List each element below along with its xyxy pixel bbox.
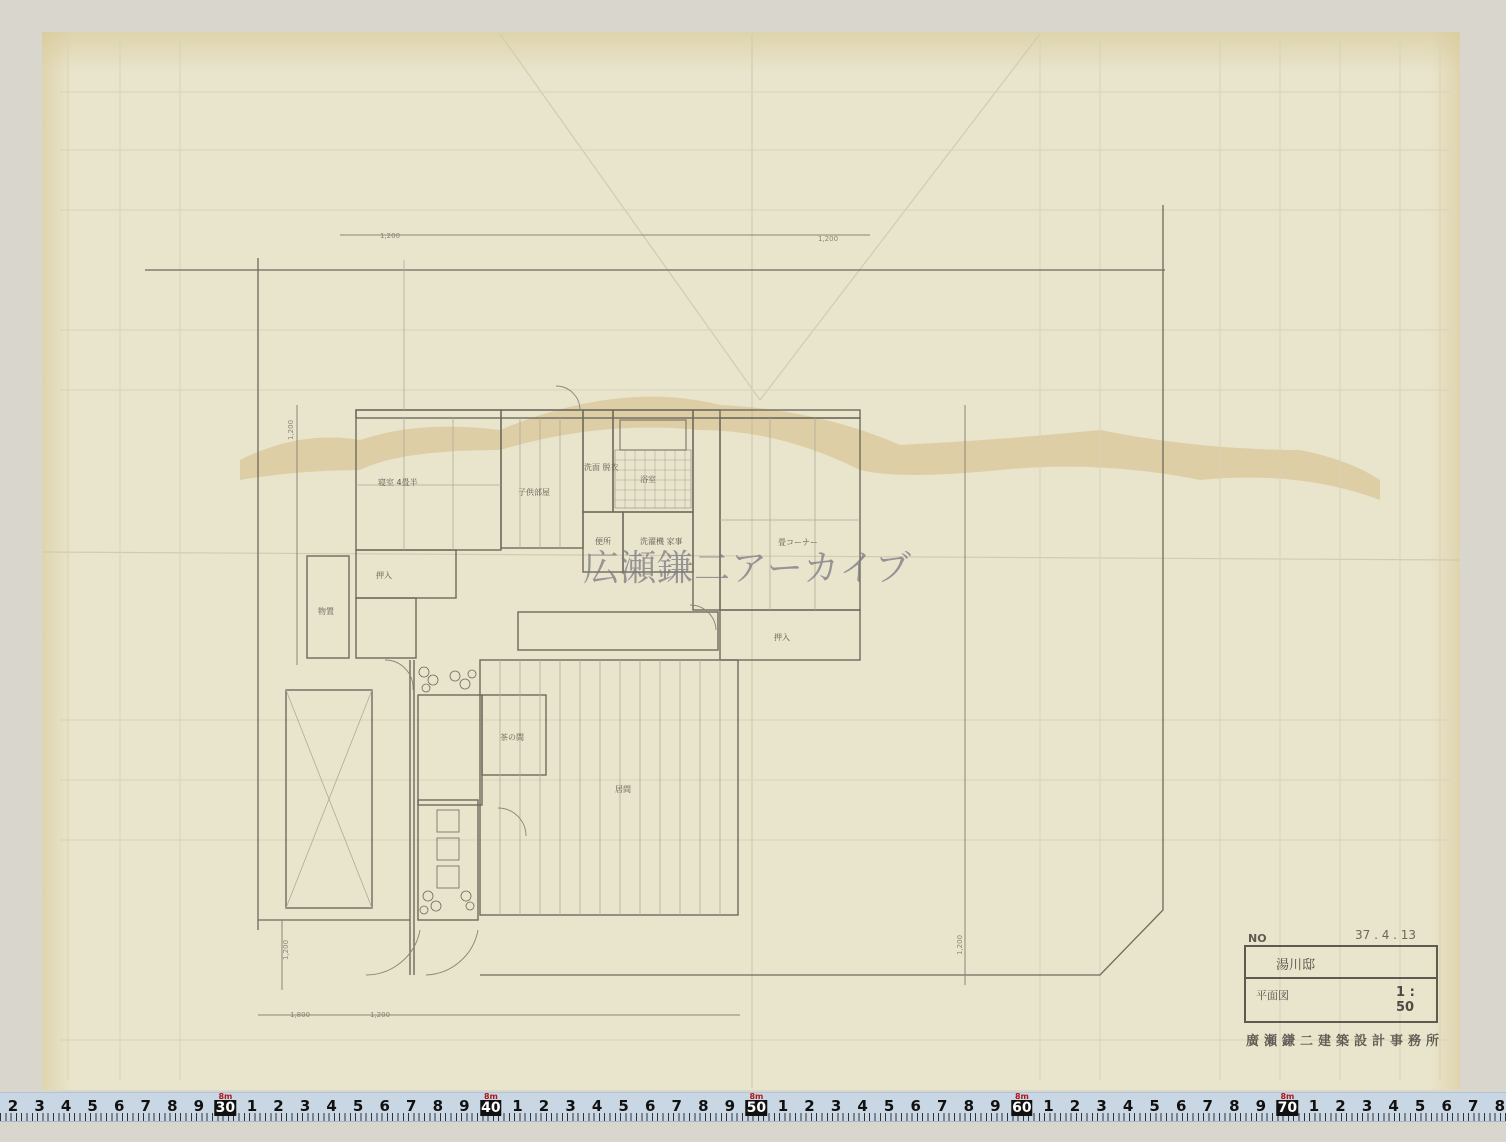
ruler-label: 60: [1011, 1100, 1032, 1116]
archive-watermark: 広瀬鎌二アーカイブ: [583, 540, 912, 591]
ruler-label: 5: [1415, 1097, 1425, 1115]
ruler-label: 8: [964, 1097, 974, 1115]
ruler-label: 7: [141, 1097, 151, 1115]
ruler-label: 3: [300, 1097, 310, 1115]
ruler-label: 7: [672, 1097, 682, 1115]
ruler-label: 3: [1362, 1097, 1372, 1115]
ruler-label: 6: [1441, 1097, 1451, 1115]
ruler-major-prefix: 8m: [1015, 1092, 1029, 1101]
room-label-bedroom: 寝室 4畳半: [378, 477, 418, 487]
ruler-label: 1: [512, 1097, 522, 1115]
title-block-drawing-name: 平面図: [1256, 987, 1289, 1003]
ruler-label: 9: [725, 1097, 735, 1115]
dim-bottom-1: 1,800: [290, 1011, 310, 1019]
dim-bottom-2: 1,200: [370, 1011, 390, 1019]
dim-left-2: 1,200: [282, 940, 290, 960]
ruler-label: 2: [8, 1097, 18, 1115]
room-label-children: 子供部屋: [518, 487, 550, 497]
ruler-label: 3: [34, 1097, 44, 1115]
ruler-label: 6: [379, 1097, 389, 1115]
ruler-label: 1: [778, 1097, 788, 1115]
dim-top-2: 1,200: [818, 235, 838, 243]
ruler-major-prefix: 8m: [218, 1092, 232, 1101]
ruler-label: 2: [804, 1097, 814, 1115]
title-block-date: 37 . 4 . 13: [1355, 928, 1416, 942]
title-block-office: 廣瀬鎌二建築設計事務所: [1246, 1030, 1444, 1049]
ruler-label: 6: [114, 1097, 124, 1115]
ruler-label: 50: [746, 1100, 767, 1116]
room-label-closet-1: 押入: [376, 570, 392, 580]
stepping-stones: [419, 667, 476, 914]
ruler-label: 4: [1388, 1097, 1398, 1115]
ruler-label: 5: [353, 1097, 363, 1115]
ruler-label: 7: [937, 1097, 947, 1115]
dimension-lines: [258, 235, 965, 1015]
title-block-row-client: 湯川邸: [1246, 947, 1436, 979]
dim-left-1: 1,200: [287, 420, 295, 440]
room-label-storage: 物置: [318, 606, 334, 616]
ruler-label: 4: [326, 1097, 336, 1115]
room-label-closet-2: 押入: [774, 632, 790, 642]
ruler-label: 6: [1176, 1097, 1186, 1115]
ruler-label: 3: [831, 1097, 841, 1115]
ruler-major-prefix: 8m: [1280, 1092, 1294, 1101]
ruler-label: 8: [698, 1097, 708, 1115]
ruler-label: 2: [273, 1097, 283, 1115]
ruler-label: 4: [857, 1097, 867, 1115]
ruler-label: 2: [1070, 1097, 1080, 1115]
dim-top-1: 1,200: [380, 232, 400, 240]
ruler-label: 6: [910, 1097, 920, 1115]
ruler-label: 6: [645, 1097, 655, 1115]
title-block-scale: 1 : 50: [1396, 985, 1436, 1015]
ruler-label: 1: [1309, 1097, 1319, 1115]
walls: [286, 410, 860, 975]
ruler-label: 9: [194, 1097, 204, 1115]
ruler-label: 9: [459, 1097, 469, 1115]
ruler-label: 4: [61, 1097, 71, 1115]
ruler-major-prefix: 8m: [484, 1092, 498, 1101]
ruler-label: 2: [539, 1097, 549, 1115]
room-label-tea: 茶の間: [500, 732, 524, 742]
ruler-label: 3: [1096, 1097, 1106, 1115]
ruler-label: 70: [1277, 1100, 1298, 1116]
ruler-label: 40: [480, 1100, 501, 1116]
ruler-label: 8: [1229, 1097, 1239, 1115]
measuring-tape: 23456789308m123456789408m123456789508m12…: [0, 1092, 1506, 1122]
ruler-label: 8: [433, 1097, 443, 1115]
ruler-major-prefix: 8m: [749, 1092, 763, 1101]
room-label-bath: 浴室: [640, 474, 656, 484]
ruler-label: 9: [1256, 1097, 1266, 1115]
ruler-label: 30: [215, 1100, 236, 1116]
ruler-label: 3: [565, 1097, 575, 1115]
ruler-label: 1: [1043, 1097, 1053, 1115]
ruler-label: 8: [1495, 1097, 1505, 1115]
ruler-label: 4: [1123, 1097, 1133, 1115]
title-block-no-label: NO: [1248, 932, 1267, 945]
ruler-label: 5: [884, 1097, 894, 1115]
ruler-label: 4: [592, 1097, 602, 1115]
ruler-label: 5: [618, 1097, 628, 1115]
title-block-client: 湯川邸: [1276, 954, 1315, 973]
room-label-washroom: 洗面 脱衣: [584, 462, 619, 472]
ruler-label: 7: [1203, 1097, 1213, 1115]
room-label-living: 居間: [615, 785, 631, 794]
ruler-label: 9: [990, 1097, 1000, 1115]
dim-right-1: 1,200: [956, 935, 964, 955]
ruler-label: 2: [1335, 1097, 1345, 1115]
ruler-label: 5: [1149, 1097, 1159, 1115]
title-block: 湯川邸 平面図 1 : 50: [1244, 945, 1438, 1023]
ruler-label: 7: [406, 1097, 416, 1115]
ruler-label: 1: [247, 1097, 257, 1115]
ruler-label: 5: [87, 1097, 97, 1115]
ruler-label: 8: [167, 1097, 177, 1115]
ruler-label: 7: [1468, 1097, 1478, 1115]
